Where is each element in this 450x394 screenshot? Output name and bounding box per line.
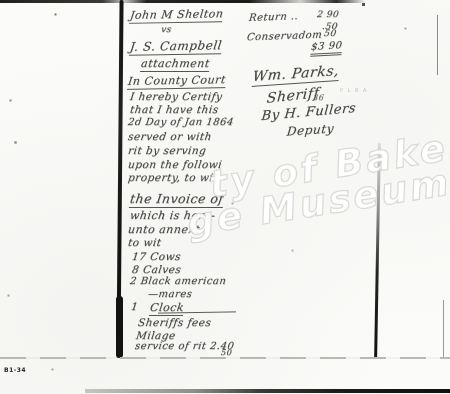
scan-bottom-line xyxy=(85,389,450,393)
scanned-document: John M Shelton vs J. S. Campbell attachm… xyxy=(0,0,450,394)
faint-stamp-text: P L B A xyxy=(340,88,368,94)
body-line: that I have this xyxy=(129,104,219,116)
cause-of-action: attachment xyxy=(140,57,211,72)
body-line: 2d Day of Jan 1864 xyxy=(127,117,234,128)
page-bottom-edge xyxy=(0,357,450,359)
body-line: to wit xyxy=(127,237,162,249)
property-item: 8 Calves xyxy=(131,264,182,276)
charge-amount: 50 xyxy=(323,29,337,39)
charges-total: $3 90 xyxy=(310,40,343,57)
archive-corner-label: B1-34 xyxy=(4,367,26,374)
property-item: 2 Black american xyxy=(129,276,227,287)
body-line: I hereby Certify xyxy=(129,91,223,103)
bottom-right-corner-edge xyxy=(443,300,444,357)
charge-amount: 2 90 xyxy=(316,10,339,20)
property-item: —mares xyxy=(147,289,193,300)
property-item-clock-qty: 1 xyxy=(130,301,139,313)
page-top-edge xyxy=(0,0,366,3)
property-item-clock: Clock xyxy=(149,301,185,316)
deputy-title: Deputy xyxy=(286,121,335,138)
defendant-name: J. S. Campbell xyxy=(129,38,223,56)
property-item: 17 Cows xyxy=(131,251,182,263)
sheriff-title: Sheriff xyxy=(266,85,320,106)
fee-line: service of rit 2.40 xyxy=(134,341,235,352)
charge-label: Return .. xyxy=(248,11,299,24)
right-edge-mark xyxy=(437,15,438,75)
body-line: served or with xyxy=(127,131,213,143)
scan-noise-specks xyxy=(0,0,1,1)
clock-underline-flourish xyxy=(158,311,236,313)
court-name: In County Court xyxy=(127,73,227,90)
fee-line: Sheriffs fees xyxy=(137,317,212,329)
fee-sub-amount: 50 xyxy=(220,348,232,357)
body-line: rit by serving xyxy=(127,145,207,157)
versus-label: vs xyxy=(160,25,172,35)
left-fold-thick-section xyxy=(116,296,123,358)
body-line: property, to wit xyxy=(127,172,219,184)
plaintiff-name: John M Shelton xyxy=(129,7,224,24)
sheriff-signature: Wm. Parks, xyxy=(252,63,340,87)
sheriff-title-note: 36 xyxy=(312,93,324,102)
